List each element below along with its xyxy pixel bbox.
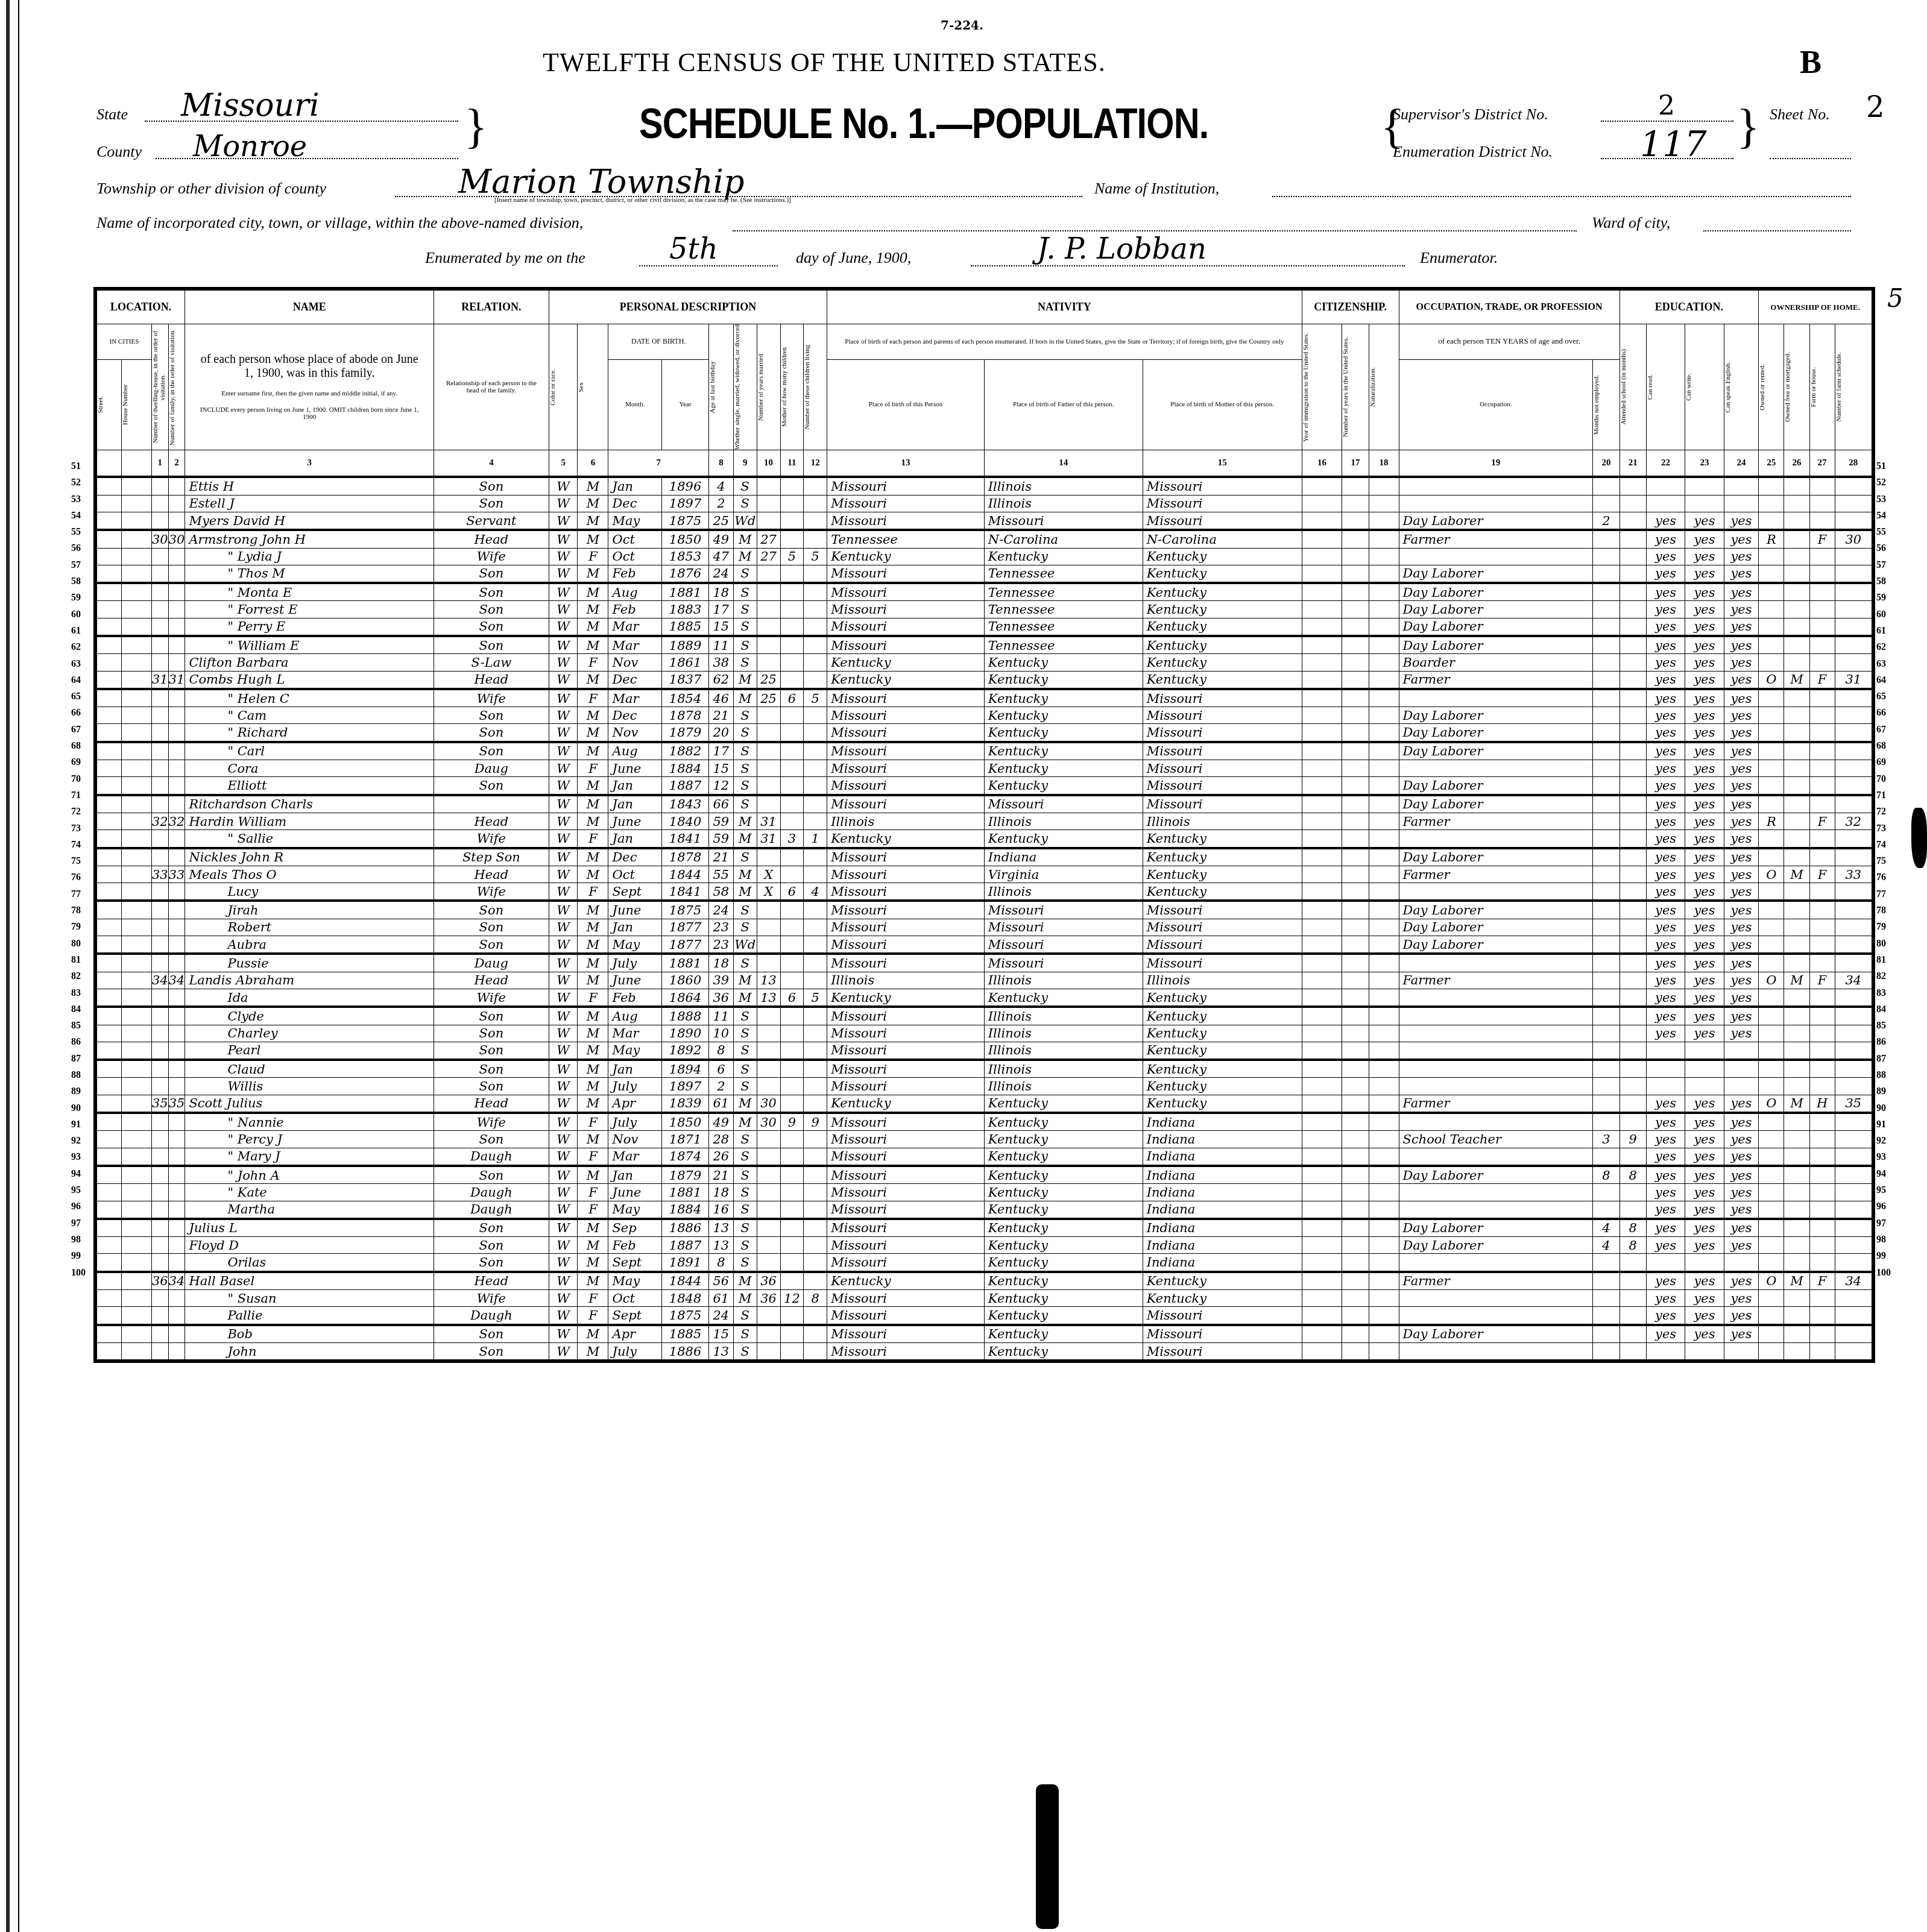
- cell-birth-month: Nov: [608, 724, 662, 742]
- cell-can-speak-english: yes: [1724, 901, 1759, 919]
- cell-birth-month: June: [608, 760, 662, 777]
- cell-sex: M: [578, 1219, 608, 1237]
- cell-immigration: [1302, 1272, 1342, 1290]
- cell-farm-house: [1809, 636, 1835, 654]
- cell-children-living: [804, 601, 827, 618]
- cell-immigration: [1302, 866, 1342, 883]
- cell-family: [168, 636, 185, 654]
- cell-family: 33: [168, 866, 185, 883]
- cell-years-in-us: [1342, 954, 1369, 972]
- cell-months-unemployed: [1593, 495, 1619, 512]
- cell-free-mortgaged: [1784, 724, 1809, 742]
- cell-naturalization: [1369, 901, 1399, 919]
- cell-attended-school: [1619, 883, 1646, 901]
- cell-age: 39: [708, 972, 733, 989]
- sheet-underline: [1770, 158, 1851, 159]
- cell-birth-person: Missouri: [827, 724, 985, 742]
- enumeration-label: Enumeration District No.: [1393, 143, 1553, 161]
- cell-color: W: [549, 830, 578, 848]
- line-number: 100: [1876, 1265, 1891, 1281]
- cell-farm-house: [1809, 548, 1835, 565]
- cell-sex: M: [578, 972, 608, 989]
- cell-sex: M: [578, 1078, 608, 1095]
- table-row: MarthaDaughWFMay188416SMissouriKentuckyI…: [97, 1201, 1872, 1219]
- cell-farm-schedule: [1835, 1113, 1872, 1131]
- cell-attended-school: [1619, 1184, 1646, 1201]
- cell-relation: Son: [434, 724, 549, 742]
- cell-name: " John A: [185, 1166, 434, 1184]
- cell-attended-school: [1619, 795, 1646, 813]
- cell-farm-schedule: [1835, 724, 1872, 742]
- cell-age: 49: [708, 530, 733, 548]
- cell-attended-school: [1619, 530, 1646, 548]
- cell-color: W: [549, 1113, 578, 1131]
- cell-years-in-us: [1342, 601, 1369, 618]
- line-number: 77: [1876, 886, 1891, 902]
- column-number: 8: [708, 450, 733, 477]
- cell-birth-year: 1864: [662, 989, 709, 1007]
- cell-can-read: [1646, 1042, 1685, 1060]
- cell-farm-schedule: [1835, 1201, 1872, 1219]
- cell-months-unemployed: 4: [1593, 1219, 1619, 1237]
- cell-sex: M: [578, 671, 608, 689]
- cell-birth-year: 1878: [662, 707, 709, 724]
- cell-can-read: [1646, 1078, 1685, 1095]
- cell-can-write: yes: [1685, 919, 1724, 936]
- cell-years-married: 30: [757, 1095, 780, 1113]
- cell-can-write: yes: [1685, 618, 1724, 636]
- cell-can-read: yes: [1646, 1131, 1685, 1148]
- cell-years-in-us: [1342, 1219, 1369, 1237]
- cell-age: 4: [708, 477, 733, 495]
- cell-dwelling: [151, 1325, 168, 1343]
- cell-immigration: [1302, 1289, 1342, 1306]
- cell-color: W: [549, 583, 578, 601]
- cell-farm-house: [1809, 777, 1835, 795]
- cell-marital: S: [733, 1060, 757, 1078]
- cell-owned-rented: O: [1759, 972, 1784, 989]
- cell-can-read: yes: [1646, 883, 1685, 901]
- cell-dwelling: [151, 1219, 168, 1237]
- line-number: 78: [71, 902, 86, 919]
- cell-can-speak-english: yes: [1724, 618, 1759, 636]
- cell-owned-rented: [1759, 919, 1784, 936]
- cell-age: 23: [708, 919, 733, 936]
- cell-can-speak-english: yes: [1724, 1237, 1759, 1254]
- cell-mother-of: [780, 1166, 804, 1184]
- cell-can-write: yes: [1685, 777, 1724, 795]
- header-street: Street.: [97, 396, 104, 413]
- supervisor-label: Supervisor's District No.: [1393, 105, 1548, 124]
- cell-name: " Richard: [185, 724, 434, 742]
- cell-name: Ettis H: [185, 477, 434, 495]
- table-row: LucyWifeWFSept184158MX64MissouriIllinois…: [97, 883, 1872, 901]
- cell-birth-father: Illinois: [984, 972, 1143, 989]
- cell-birth-father: Illinois: [984, 495, 1143, 512]
- cell-street: [97, 601, 122, 618]
- cell-marital: S: [733, 1325, 757, 1343]
- cell-mother-of: [780, 1042, 804, 1060]
- cell-months-unemployed: [1593, 636, 1619, 654]
- cell-attended-school: [1619, 1289, 1646, 1306]
- cell-children-living: [804, 848, 827, 866]
- cell-sex: M: [578, 495, 608, 512]
- cell-children-living: [804, 724, 827, 742]
- cell-mother-of: [780, 1219, 804, 1237]
- cell-birth-year: 1861: [662, 654, 709, 671]
- cell-children-living: [804, 1095, 827, 1113]
- line-number: 53: [1876, 491, 1891, 508]
- line-number: 52: [71, 474, 86, 491]
- cell-sex: F: [578, 989, 608, 1007]
- cell-mother-of: [780, 901, 804, 919]
- cell-color: W: [549, 1095, 578, 1113]
- cell-marital: M: [733, 530, 757, 548]
- cell-free-mortgaged: [1784, 654, 1809, 671]
- cell-birth-father: Illinois: [984, 1078, 1143, 1095]
- cell-farm-house: [1809, 1025, 1835, 1042]
- cell-children-living: [804, 972, 827, 989]
- cell-name: " Thos M: [185, 565, 434, 583]
- cell-children-living: [804, 1166, 827, 1184]
- cell-birth-father: Kentucky: [984, 1325, 1143, 1343]
- cell-marital: M: [733, 989, 757, 1007]
- cell-months-unemployed: [1593, 1342, 1619, 1359]
- cell-occupation: Day Laborer: [1399, 724, 1593, 742]
- cell-children-living: [804, 866, 827, 883]
- table-row: CharleySonWMMar189010SMissouriIllinoisKe…: [97, 1025, 1872, 1042]
- cell-naturalization: [1369, 654, 1399, 671]
- cell-house: [122, 548, 152, 565]
- cell-birth-father: Illinois: [984, 883, 1143, 901]
- cell-can-read: yes: [1646, 1307, 1685, 1325]
- cell-mother-of: [780, 936, 804, 954]
- cell-can-read: yes: [1646, 1025, 1685, 1042]
- cell-birth-person: Missouri: [827, 795, 985, 813]
- cell-years-married: [757, 848, 780, 866]
- cell-relation: Son: [434, 495, 549, 512]
- cell-house: [122, 848, 152, 866]
- cell-name: Robert: [185, 919, 434, 936]
- cell-birth-father: Kentucky: [984, 707, 1143, 724]
- cell-house: [122, 830, 152, 848]
- cell-children-living: 9: [804, 1113, 827, 1131]
- cell-house: [122, 671, 152, 689]
- column-number: 25: [1759, 450, 1784, 477]
- cell-immigration: [1302, 689, 1342, 707]
- line-number: 84: [1876, 1001, 1891, 1018]
- cell-age: 38: [708, 654, 733, 671]
- cell-free-mortgaged: [1784, 707, 1809, 724]
- line-number: 96: [71, 1198, 86, 1215]
- cell-farm-house: [1809, 618, 1835, 636]
- cell-house: [122, 512, 152, 530]
- cell-birth-father: Missouri: [984, 919, 1143, 936]
- cell-color: W: [549, 1201, 578, 1219]
- cell-children-living: [804, 1025, 827, 1042]
- header-owned-rented: Owned or rented.: [1759, 364, 1766, 411]
- cell-can-speak-english: yes: [1724, 742, 1759, 760]
- cell-can-speak-english: yes: [1724, 1131, 1759, 1148]
- table-row: Ettis HSonWMJan18964SMissouriIllinoisMis…: [97, 477, 1872, 495]
- cell-can-speak-english: yes: [1724, 1289, 1759, 1306]
- cell-months-unemployed: [1593, 954, 1619, 972]
- cell-months-unemployed: [1593, 1042, 1619, 1060]
- cell-children-living: [804, 1219, 827, 1237]
- line-number: 100: [71, 1265, 86, 1281]
- cell-relation: Daugh: [434, 1148, 549, 1166]
- cell-birth-person: Missouri: [827, 901, 985, 919]
- cell-dwelling: [151, 795, 168, 813]
- cell-birth-month: Mar: [608, 1148, 662, 1166]
- cell-farm-schedule: [1835, 601, 1872, 618]
- line-number: 57: [1876, 557, 1891, 573]
- cell-birth-year: 1878: [662, 848, 709, 866]
- cell-name: Landis Abraham: [185, 972, 434, 989]
- cell-free-mortgaged: [1784, 777, 1809, 795]
- line-number: 91: [71, 1116, 86, 1133]
- cell-birth-month: Oct: [608, 548, 662, 565]
- cell-can-speak-english: yes: [1724, 565, 1759, 583]
- cell-can-speak-english: yes: [1724, 760, 1759, 777]
- cell-mother-of: [780, 866, 804, 883]
- cell-family: [168, 954, 185, 972]
- cell-birth-mother: Kentucky: [1143, 1042, 1302, 1060]
- cell-free-mortgaged: [1784, 1131, 1809, 1148]
- cell-birth-month: Jan: [608, 1060, 662, 1078]
- line-number: 93: [71, 1149, 86, 1165]
- table-row: " Monta ESonWMAug188118SMissouriTennesse…: [97, 583, 1872, 601]
- cell-relation: Son: [434, 936, 549, 954]
- cell-immigration: [1302, 1307, 1342, 1325]
- cell-naturalization: [1369, 866, 1399, 883]
- line-number: 82: [71, 968, 86, 984]
- cell-mother-of: [780, 530, 804, 548]
- line-number: 90: [71, 1100, 86, 1116]
- cell-marital: S: [733, 1078, 757, 1095]
- cell-months-unemployed: [1593, 883, 1619, 901]
- cell-dwelling: [151, 1166, 168, 1184]
- cell-color: W: [549, 1325, 578, 1343]
- cell-name: Pallie: [185, 1307, 434, 1325]
- column-number: 15: [1143, 450, 1302, 477]
- cell-color: W: [549, 512, 578, 530]
- cell-family: 31: [168, 671, 185, 689]
- cell-occupation: [1399, 1201, 1593, 1219]
- cell-occupation: Day Laborer: [1399, 1219, 1593, 1237]
- cell-color: W: [549, 1148, 578, 1166]
- cell-mother-of: [780, 972, 804, 989]
- header-in-cities: IN CITIES: [97, 324, 152, 360]
- header-can-speak-english: Can speak English.: [1724, 362, 1732, 413]
- cell-can-write: yes: [1685, 866, 1724, 883]
- cell-attended-school: 8: [1619, 1237, 1646, 1254]
- cell-family: [168, 848, 185, 866]
- table-row: 3333Meals Thos OHeadWMOct184455MXMissour…: [97, 866, 1872, 883]
- cell-birth-year: 1886: [662, 1219, 709, 1237]
- cell-dwelling: 31: [151, 671, 168, 689]
- cell-immigration: [1302, 1219, 1342, 1237]
- cell-dwelling: 35: [151, 1095, 168, 1113]
- cell-family: [168, 1254, 185, 1272]
- cell-occupation: Day Laborer: [1399, 583, 1593, 601]
- cell-farm-house: H: [1809, 1095, 1835, 1113]
- cell-family: [168, 1184, 185, 1201]
- cell-immigration: [1302, 1060, 1342, 1078]
- cell-age: 18: [708, 1184, 733, 1201]
- line-number: 79: [71, 919, 86, 935]
- cell-color: W: [549, 866, 578, 883]
- enumerator-label: Enumerator.: [1420, 249, 1498, 267]
- cell-can-speak-english: yes: [1724, 724, 1759, 742]
- cell-dwelling: [151, 883, 168, 901]
- cell-free-mortgaged: M: [1784, 866, 1809, 883]
- cell-free-mortgaged: [1784, 795, 1809, 813]
- cell-birth-year: 1892: [662, 1042, 709, 1060]
- cell-birth-person: Tennessee: [827, 530, 985, 548]
- header-age: Age at last birthday: [709, 361, 716, 413]
- cell-months-unemployed: [1593, 989, 1619, 1007]
- cell-age: 13: [708, 1237, 733, 1254]
- cell-birth-year: 1876: [662, 565, 709, 583]
- cell-months-unemployed: [1593, 1095, 1619, 1113]
- column-number: 12: [804, 450, 827, 477]
- cell-birth-year: 1896: [662, 477, 709, 495]
- cell-can-speak-english: [1724, 1342, 1759, 1359]
- cell-months-unemployed: [1593, 654, 1619, 671]
- cell-free-mortgaged: [1784, 901, 1809, 919]
- cell-years-in-us: [1342, 530, 1369, 548]
- cell-attended-school: [1619, 1342, 1646, 1359]
- cell-can-write: yes: [1685, 1325, 1724, 1343]
- cell-color: W: [549, 954, 578, 972]
- cell-can-speak-english: yes: [1724, 1307, 1759, 1325]
- cell-owned-rented: [1759, 883, 1784, 901]
- cell-family: [168, 1042, 185, 1060]
- cell-house: [122, 1237, 152, 1254]
- cell-immigration: [1302, 1184, 1342, 1201]
- cell-can-speak-english: yes: [1724, 813, 1759, 829]
- line-number: 72: [71, 804, 86, 820]
- cell-birth-father: Kentucky: [984, 1219, 1143, 1237]
- cell-dwelling: [151, 1131, 168, 1148]
- cell-dwelling: [151, 848, 168, 866]
- line-number: 65: [1876, 688, 1891, 705]
- cell-owned-rented: [1759, 1219, 1784, 1237]
- cell-occupation: Farmer: [1399, 866, 1593, 883]
- cell-family: [168, 1148, 185, 1166]
- cell-can-write: [1685, 477, 1724, 495]
- cell-birth-month: Jan: [608, 1166, 662, 1184]
- group-personal: PERSONAL DESCRIPTION: [549, 291, 827, 324]
- cell-color: W: [549, 795, 578, 813]
- cell-free-mortgaged: [1784, 1307, 1809, 1325]
- cell-can-read: yes: [1646, 848, 1685, 866]
- column-number: 2: [168, 450, 185, 477]
- cell-birth-person: Kentucky: [827, 548, 985, 565]
- cell-birth-mother: Kentucky: [1143, 1007, 1302, 1025]
- table-row: 3634Hall BaselHeadWMMay184456M36Kentucky…: [97, 1272, 1872, 1290]
- cell-can-read: yes: [1646, 954, 1685, 972]
- cell-farm-house: F: [1809, 530, 1835, 548]
- cell-farm-schedule: [1835, 1254, 1872, 1272]
- cell-immigration: [1302, 583, 1342, 601]
- cell-birth-father: Illinois: [984, 477, 1143, 495]
- cell-birth-father: N-Carolina: [984, 530, 1143, 548]
- cell-months-unemployed: [1593, 671, 1619, 689]
- enumerator-signature: J. P. Lobban: [1037, 232, 1206, 266]
- cell-birth-month: June: [608, 813, 662, 829]
- cell-dwelling: [151, 512, 168, 530]
- cell-children-living: [804, 636, 827, 654]
- cell-street: [97, 1007, 122, 1025]
- cell-can-read: yes: [1646, 671, 1685, 689]
- cell-can-write: yes: [1685, 654, 1724, 671]
- cell-immigration: [1302, 936, 1342, 954]
- cell-relation: Son: [434, 618, 549, 636]
- header-date-of-birth: DATE OF BIRTH.: [608, 324, 708, 360]
- cell-sex: M: [578, 919, 608, 936]
- cell-color: W: [549, 848, 578, 866]
- cell-name: " Helen C: [185, 689, 434, 707]
- cell-months-unemployed: 8: [1593, 1166, 1619, 1184]
- cell-birth-month: Jan: [608, 919, 662, 936]
- cell-children-living: [804, 1078, 827, 1095]
- city-underline: [733, 230, 1577, 231]
- cell-birth-mother: Kentucky: [1143, 654, 1302, 671]
- cell-birth-mother: Missouri: [1143, 795, 1302, 813]
- cell-attended-school: [1619, 671, 1646, 689]
- cell-color: W: [549, 901, 578, 919]
- column-number: 14: [984, 450, 1143, 477]
- cell-age: 26: [708, 1148, 733, 1166]
- cell-immigration: [1302, 477, 1342, 495]
- cell-can-read: yes: [1646, 1272, 1685, 1290]
- cell-occupation: School Teacher: [1399, 1131, 1593, 1148]
- cell-immigration: [1302, 654, 1342, 671]
- cell-free-mortgaged: [1784, 601, 1809, 618]
- cell-months-unemployed: [1593, 972, 1619, 989]
- table-row: PussieDaugWMJuly188118SMissouriMissouriM…: [97, 954, 1872, 972]
- cell-dwelling: [151, 565, 168, 583]
- cell-years-in-us: [1342, 707, 1369, 724]
- cell-years-in-us: [1342, 1131, 1369, 1148]
- cell-immigration: [1302, 1166, 1342, 1184]
- cell-children-living: [804, 795, 827, 813]
- cell-mother-of: [780, 1201, 804, 1219]
- line-number: 98: [71, 1232, 86, 1248]
- cell-sex: M: [578, 742, 608, 760]
- cell-can-speak-english: yes: [1724, 972, 1759, 989]
- cell-birth-father: Kentucky: [984, 689, 1143, 707]
- cell-birth-year: 1844: [662, 866, 709, 883]
- cell-relation: Step Son: [434, 848, 549, 866]
- cell-children-living: [804, 495, 827, 512]
- cell-family: [168, 689, 185, 707]
- table-row: " Percy JSonWMNov187128SMissouriKentucky…: [97, 1131, 1872, 1148]
- cell-street: [97, 883, 122, 901]
- cell-birth-year: 1881: [662, 583, 709, 601]
- cell-marital: S: [733, 777, 757, 795]
- cell-marital: S: [733, 1342, 757, 1359]
- cell-family: [168, 1078, 185, 1095]
- cell-relation: Head: [434, 866, 549, 883]
- cell-mother-of: [780, 795, 804, 813]
- cell-birth-father: Illinois: [984, 1025, 1143, 1042]
- cell-immigration: [1302, 495, 1342, 512]
- cell-months-unemployed: [1593, 848, 1619, 866]
- cell-name: Cora: [185, 760, 434, 777]
